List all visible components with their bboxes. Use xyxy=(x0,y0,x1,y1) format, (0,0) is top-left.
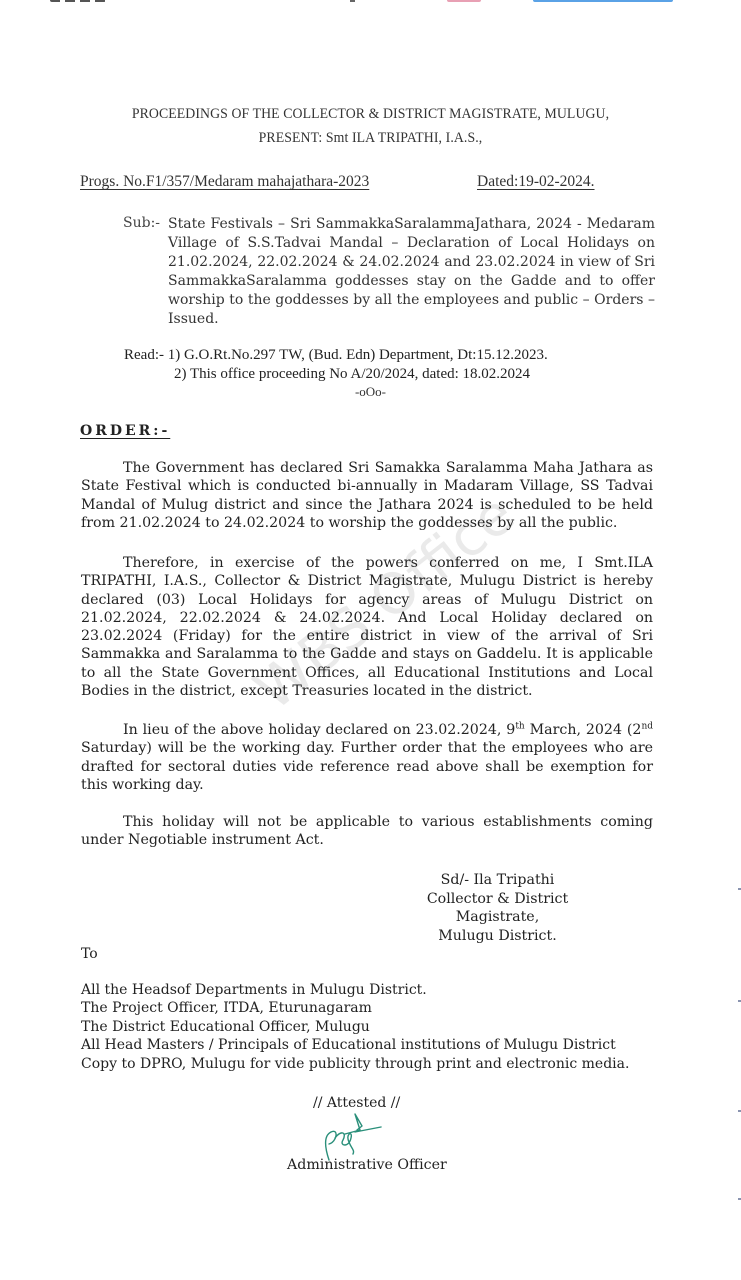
recipient-item: Copy to DPRO, Mulugu for vide publicity … xyxy=(81,1055,681,1073)
order-paragraph-4: This holiday will not be applicable to v… xyxy=(81,813,653,850)
to-label: To xyxy=(81,946,98,962)
superscript: nd xyxy=(641,721,653,731)
read-references: Read:- 1) G.O.Rt.No.297 TW, (Bud. Edn) D… xyxy=(124,346,548,384)
paragraph-text: In lieu of the above holiday declared on… xyxy=(123,722,515,738)
recipient-item: All the Headsof Departments in Mulugu Di… xyxy=(81,981,681,999)
administrative-officer-title: Administrative Officer xyxy=(287,1157,447,1173)
recipient-item: The District Educational Officer, Mulugu xyxy=(81,1018,681,1036)
order-paragraph-1: The Government has declared Sri Samakka … xyxy=(81,459,653,532)
signatory-district: Mulugu District. xyxy=(385,927,610,946)
superscript: th xyxy=(515,721,524,731)
paragraph-text: March, 2024 (2 xyxy=(525,722,642,738)
paragraph-text: Saturday) will be the working day. Furth… xyxy=(81,740,653,793)
subject-text: State Festivals – Sri SammakkaSaralammaJ… xyxy=(168,215,655,329)
progs-number: Progs. No.F1/357/Medaram mahajathara-202… xyxy=(80,173,369,191)
order-heading: ORDER:- xyxy=(80,423,170,439)
recipient-item: The Project Officer, ITDA, Eturunagaram xyxy=(81,999,681,1017)
signatory-name: Sd/- Ila Tripathi xyxy=(385,871,610,890)
proceedings-heading: PROCEEDINGS OF THE COLLECTOR & DISTRICT … xyxy=(30,106,712,123)
dated: Dated:19-02-2024. xyxy=(477,173,595,191)
signature-block: Sd/- Ila Tripathi Collector & District M… xyxy=(385,871,610,945)
subject-label: Sub:- xyxy=(123,215,160,231)
document-page: WBS Office PROCEEDINGS OF THE COLLECTOR … xyxy=(0,0,741,1280)
handwritten-signature-icon xyxy=(315,1108,385,1163)
recipient-item: All Head Masters / Principals of Educati… xyxy=(81,1036,681,1054)
order-paragraph-3: In lieu of the above holiday declared on… xyxy=(81,721,653,794)
order-paragraph-2: Therefore, in exercise of the powers con… xyxy=(81,554,653,700)
signatory-title: Collector & District Magistrate, xyxy=(385,890,610,927)
recipients-list: All the Headsof Departments in Mulugu Di… xyxy=(81,981,681,1073)
present-heading: PRESENT: Smt ILA TRIPATHI, I.A.S., xyxy=(30,130,712,147)
section-separator: -oOo- xyxy=(0,384,741,400)
read-reference-2: 2) This office proceeding No A/20/2024, … xyxy=(124,365,548,384)
read-reference-1: Read:- 1) G.O.Rt.No.297 TW, (Bud. Edn) D… xyxy=(124,346,548,365)
